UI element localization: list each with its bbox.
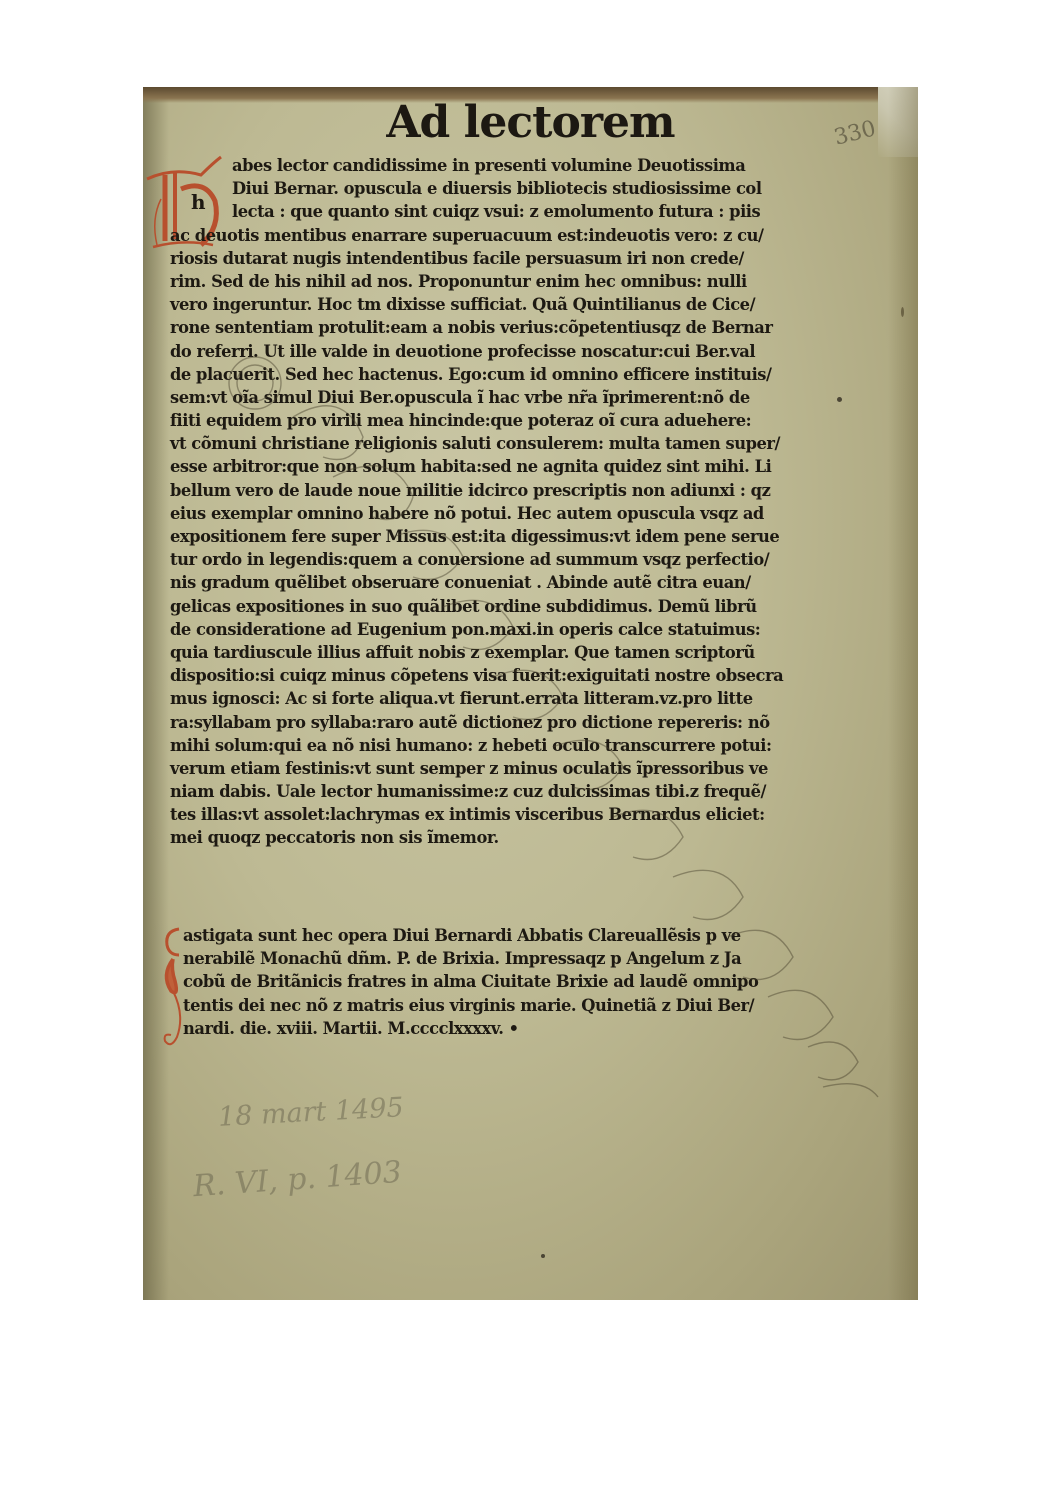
pencil-note-date: 18 mart 1495 — [217, 1092, 404, 1133]
text-line: sem:vt oĩa simul Diui Ber.opuscula ĩ hac… — [170, 386, 840, 409]
text-line: fiiti equidem pro virili mea hincinde:qu… — [170, 409, 840, 432]
text-line: expositionem fere super Missus est:ita d… — [170, 525, 840, 548]
text-line: esse arbitror:que non solum habita:sed n… — [170, 455, 840, 478]
page-heading: Ad lectorem — [143, 97, 918, 148]
colophon-line: cobũ de Britãnicis fratres in alma Ciuit… — [183, 970, 883, 993]
text-line: nis gradum quẽlibet obseruare conueniat … — [170, 571, 840, 594]
text-line: ac deuotis mentibus enarrare superuacuum… — [170, 224, 840, 247]
text-line: vt cõmuni christiane religionis saluti c… — [170, 432, 840, 455]
ink-spot — [541, 1254, 545, 1258]
text-line: rim. Sed de his nihil ad nos. Proponuntu… — [170, 270, 840, 293]
text-line: ra:syllabam pro syllaba:raro autẽ dictio… — [170, 711, 840, 734]
book-page: Ad lectorem 330 h abes lector candidissi… — [143, 87, 918, 1300]
preface-text: abes lector candidissime in presenti vol… — [170, 154, 840, 850]
text-line: quia tardiuscule illius affuit nobis z e… — [170, 641, 840, 664]
text-line: mihi solum:qui ea nõ nisi humano: z hebe… — [170, 734, 840, 757]
colophon: astigata sunt hec opera Diui Bernardi Ab… — [183, 924, 883, 1040]
text-line: tur ordo in legendis:quem a conuersione … — [170, 548, 840, 571]
text-line: rone sententiam protulit:eam a nobis ver… — [170, 316, 840, 339]
colophon-line: nardi. die. xviii. Martii. M.cccclxxxxv.… — [183, 1017, 883, 1040]
colophon-line: astigata sunt hec opera Diui Bernardi Ab… — [183, 924, 883, 947]
pencil-note-reference: R. VI, p. 1403 — [192, 1155, 403, 1204]
text-line: de consideratione ad Eugenium pon.maxi.i… — [170, 618, 840, 641]
text-line: dispositio:si cuiqz minus cõpetens visa … — [170, 664, 840, 687]
text-line: mei quoqz peccatoris non sis ĩmemor. — [170, 826, 840, 849]
text-line: vero ingeruntur. Hoc tm dixisse sufficia… — [170, 293, 840, 316]
text-line: riosis dutarat nugis intendentibus facil… — [170, 247, 840, 270]
text-line: verum etiam festinis:vt sunt semper z mi… — [170, 757, 840, 780]
text-line: gelicas expositiones in suo quãlibet ord… — [170, 595, 840, 618]
text-line: de placuerit. Sed hec hactenus. Ego:cum … — [170, 363, 840, 386]
text-line: mus ignosci: Ac si forte aliqua.vt fieru… — [170, 687, 840, 710]
text-line: niam dabis. Uale lector humanissime:z cu… — [170, 780, 840, 803]
text-line: tes illas:vt assolet:lachrymas ex intimi… — [170, 803, 840, 826]
text-line: abes lector candidissime in presenti vol… — [170, 154, 840, 177]
colophon-line: tentis dei nec nõ z matris eius virginis… — [183, 994, 883, 1017]
colophon-line: nerabilẽ Monachũ dñm. P. de Brixia. Impr… — [183, 947, 883, 970]
stain-mark — [901, 307, 904, 317]
text-line: bellum vero de laude noue militie idcirc… — [170, 479, 840, 502]
text-line: do referri. Ut ille valde in deuotione p… — [170, 340, 840, 363]
text-line: Diui Bernar. opuscula e diuersis bibliot… — [170, 177, 840, 200]
text-line: eius exemplar omnino habere nõ potui. He… — [170, 502, 840, 525]
text-line: lecta : que quanto sint cuiqz vsui: z em… — [170, 200, 840, 223]
ink-spot — [837, 397, 842, 402]
